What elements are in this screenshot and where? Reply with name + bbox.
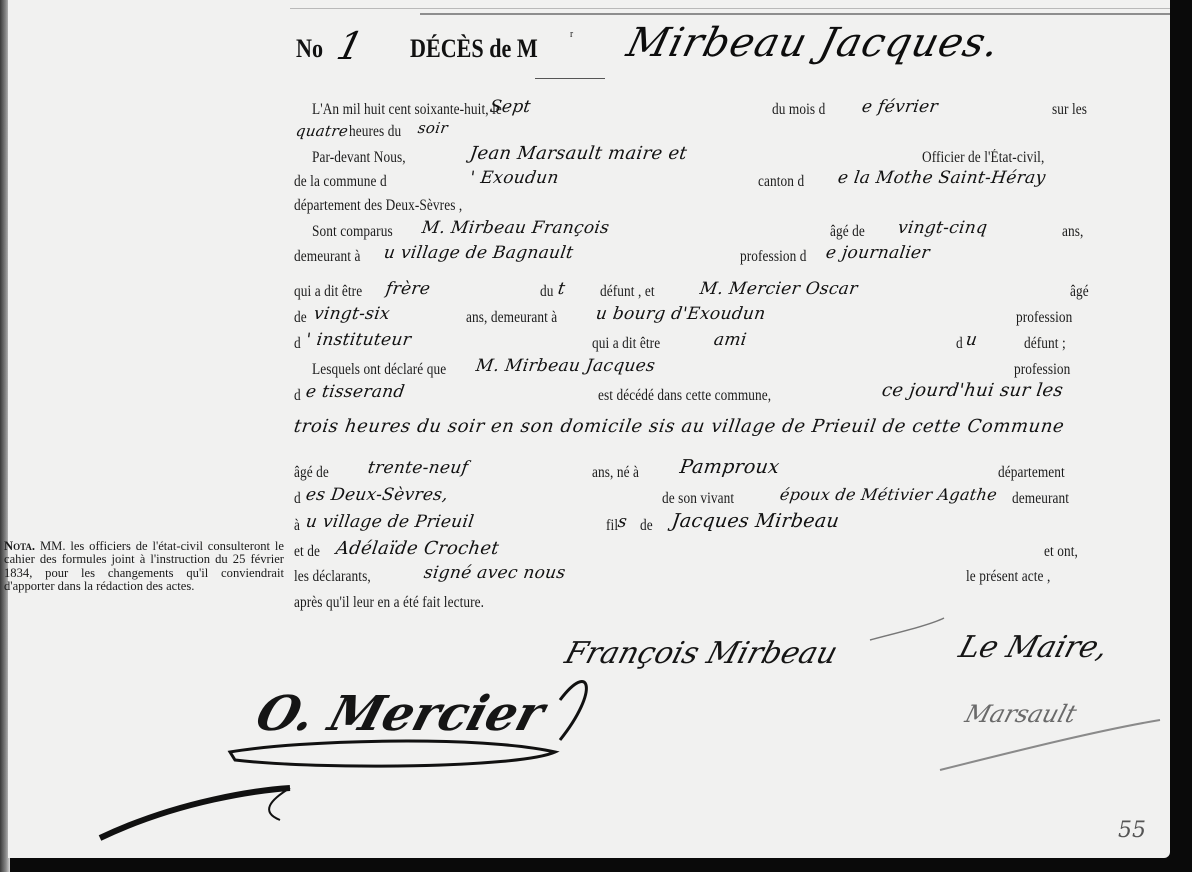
folio-number: 55: [1118, 818, 1146, 843]
signature-flourish: [0, 0, 1192, 872]
